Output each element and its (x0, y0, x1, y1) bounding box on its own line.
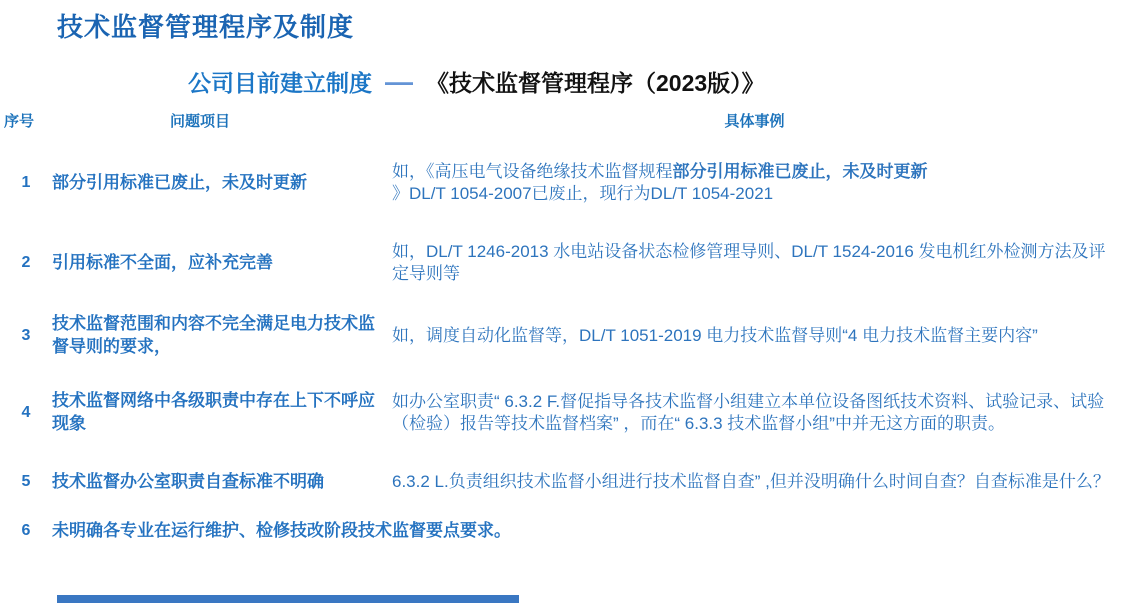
problem-cell: 部分引用标准已废止，未及时更新 (52, 172, 392, 194)
example-text: 如，《高压电气设备绝缘技术监督规程 (392, 162, 673, 181)
subtitle: 公司目前建立制度 — 《技术监督管理程序（2023版）》 (188, 65, 1131, 98)
row-index: 5 (0, 473, 52, 491)
issues-table: 序号 问题项目 具体事例 1 部分引用标准已废止，未及时更新 如，《高压电气设备… (0, 110, 1131, 542)
row-index: 3 (0, 327, 52, 345)
row-index: 1 (0, 174, 52, 192)
subtitle-dash: — (385, 72, 413, 92)
table-row: 3 技术监督范围和内容不完全满足电力技术监督导则的要求， 如，调度自动化监督等，… (0, 313, 1131, 358)
column-header-index: 序号 (0, 110, 52, 131)
example-cell: 如，DL/T 1246-2013 水电站设备状态检修管理导则、DL/T 1524… (392, 241, 1131, 285)
row-index: 6 (0, 522, 52, 540)
subtitle-company-text: 公司目前建立制度 (188, 65, 372, 98)
row-index: 4 (0, 404, 52, 422)
example-cell: 如，《高压电气设备绝缘技术监督规程部分引用标准已废止，未及时更新》DL/T 10… (392, 161, 1131, 205)
example-cell: 如办公室职责“ 6.3.2 F.督促指导各技术监督小组建立本单位设备图纸技术资料… (392, 391, 1131, 435)
subtitle-document-title: 《技术监督管理程序（2023版）》 (426, 65, 765, 98)
problem-cell: 引用标准不全面，应补充完善 (52, 252, 392, 274)
example-cell: 如，调度自动化监督等，DL/T 1051-2019 电力技术监督导则“4 电力技… (392, 325, 1131, 347)
column-header-problem: 问题项目 (52, 110, 392, 131)
problem-cell: 技术监督范围和内容不完全满足电力技术监督导则的要求， (52, 313, 392, 358)
slide: 技术监督管理程序及制度 公司目前建立制度 — 《技术监督管理程序（2023版）》… (0, 7, 1131, 542)
problem-cell: 技术监督办公室职责自查标准不明确 (52, 471, 392, 493)
problem-cell: 技术监督网络中各级职责中存在上下不呼应现象 (52, 390, 392, 435)
example-cell: 6.3.2 L.负责组织技术监督小组进行技术监督自查” ,但并没明确什么时间自查… (392, 471, 1131, 493)
table-row: 5 技术监督办公室职责自查标准不明确 6.3.2 L.负责组织技术监督小组进行技… (0, 471, 1131, 493)
table-row: 4 技术监督网络中各级职责中存在上下不呼应现象 如办公室职责“ 6.3.2 F.… (0, 390, 1131, 435)
table-row: 2 引用标准不全面，应补充完善 如，DL/T 1246-2013 水电站设备状态… (0, 241, 1131, 285)
example-text: 》DL/T 1054-2007已废止，现行为DL/T 1054-2021 (392, 183, 1117, 205)
table-row: 1 部分引用标准已废止，未及时更新 如，《高压电气设备绝缘技术监督规程部分引用标… (0, 161, 1131, 205)
table-row: 6 未明确各专业在运行维护、检修技改阶段技术监督要点要求。 (0, 520, 1131, 542)
footer-accent-bar (57, 595, 519, 603)
problem-cell: 未明确各专业在运行维护、检修技改阶段技术监督要点要求。 (52, 520, 1131, 542)
page-title: 技术监督管理程序及制度 (57, 7, 1131, 44)
table-header-row: 序号 问题项目 具体事例 (0, 110, 1131, 131)
example-emphasis-text: 部分引用标准已废止，未及时更新 (673, 162, 928, 181)
column-header-example: 具体事例 (392, 110, 1131, 131)
row-index: 2 (0, 254, 52, 272)
